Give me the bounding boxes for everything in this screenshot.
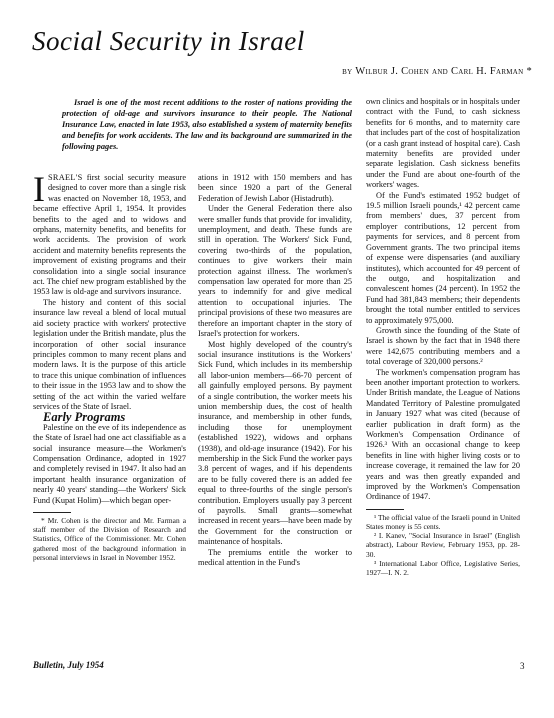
left-column: Israel's first social security measure d…	[33, 173, 186, 562]
paragraph: Under the General Federation there also …	[198, 204, 352, 339]
author-footnote: * Mr. Cohen is the director and Mr. Farm…	[33, 516, 186, 562]
publication-footer: Bulletin, July 1954	[33, 660, 104, 670]
footnote-divider	[33, 512, 71, 513]
paragraph: ations in 1912 with 150 members and has …	[198, 173, 352, 204]
drop-cap: I	[33, 174, 45, 204]
middle-column: ations in 1912 with 150 members and has …	[198, 173, 352, 568]
page-number: 3	[520, 661, 525, 671]
paragraph: Of the Fund's estimated 1952 budget of 1…	[366, 191, 520, 326]
right-column: own clinics and hospitals or in hospital…	[366, 97, 520, 577]
section-heading: Early Programs	[33, 412, 186, 422]
footnote-2: ² I. Kanev, "Social Insurance in Israel"…	[366, 531, 520, 559]
footnote-divider	[366, 509, 404, 510]
paragraph: Most highly developed of the country's s…	[198, 340, 352, 548]
article-abstract: Israel is one of the most recent additio…	[62, 97, 352, 152]
paragraph: own clinics and hospitals or in hospital…	[366, 97, 520, 191]
paragraph: Growth since the founding of the State o…	[366, 326, 520, 368]
footnote-1: ¹ The official value of the Israeli poun…	[366, 513, 520, 531]
paragraph: The premiums entitle the worker to medic…	[198, 548, 352, 569]
opening-paragraph: Israel's first social security measure d…	[33, 173, 186, 298]
author-byline: by Wilbur J. Cohen and Carl H. Farman *	[342, 66, 532, 77]
footnotes: ¹ The official value of the Israeli poun…	[366, 513, 520, 577]
paragraph: The workmen's compensation program has b…	[366, 368, 520, 503]
lead-word: srael's	[48, 173, 83, 182]
paragraph: The history and content of this social i…	[33, 298, 186, 412]
paragraph: Palestine on the eve of its independence…	[33, 423, 186, 506]
footnote-3: ³ International Labor Office, Legislativ…	[366, 559, 520, 577]
article-title: Social Security in Israel	[32, 26, 305, 57]
